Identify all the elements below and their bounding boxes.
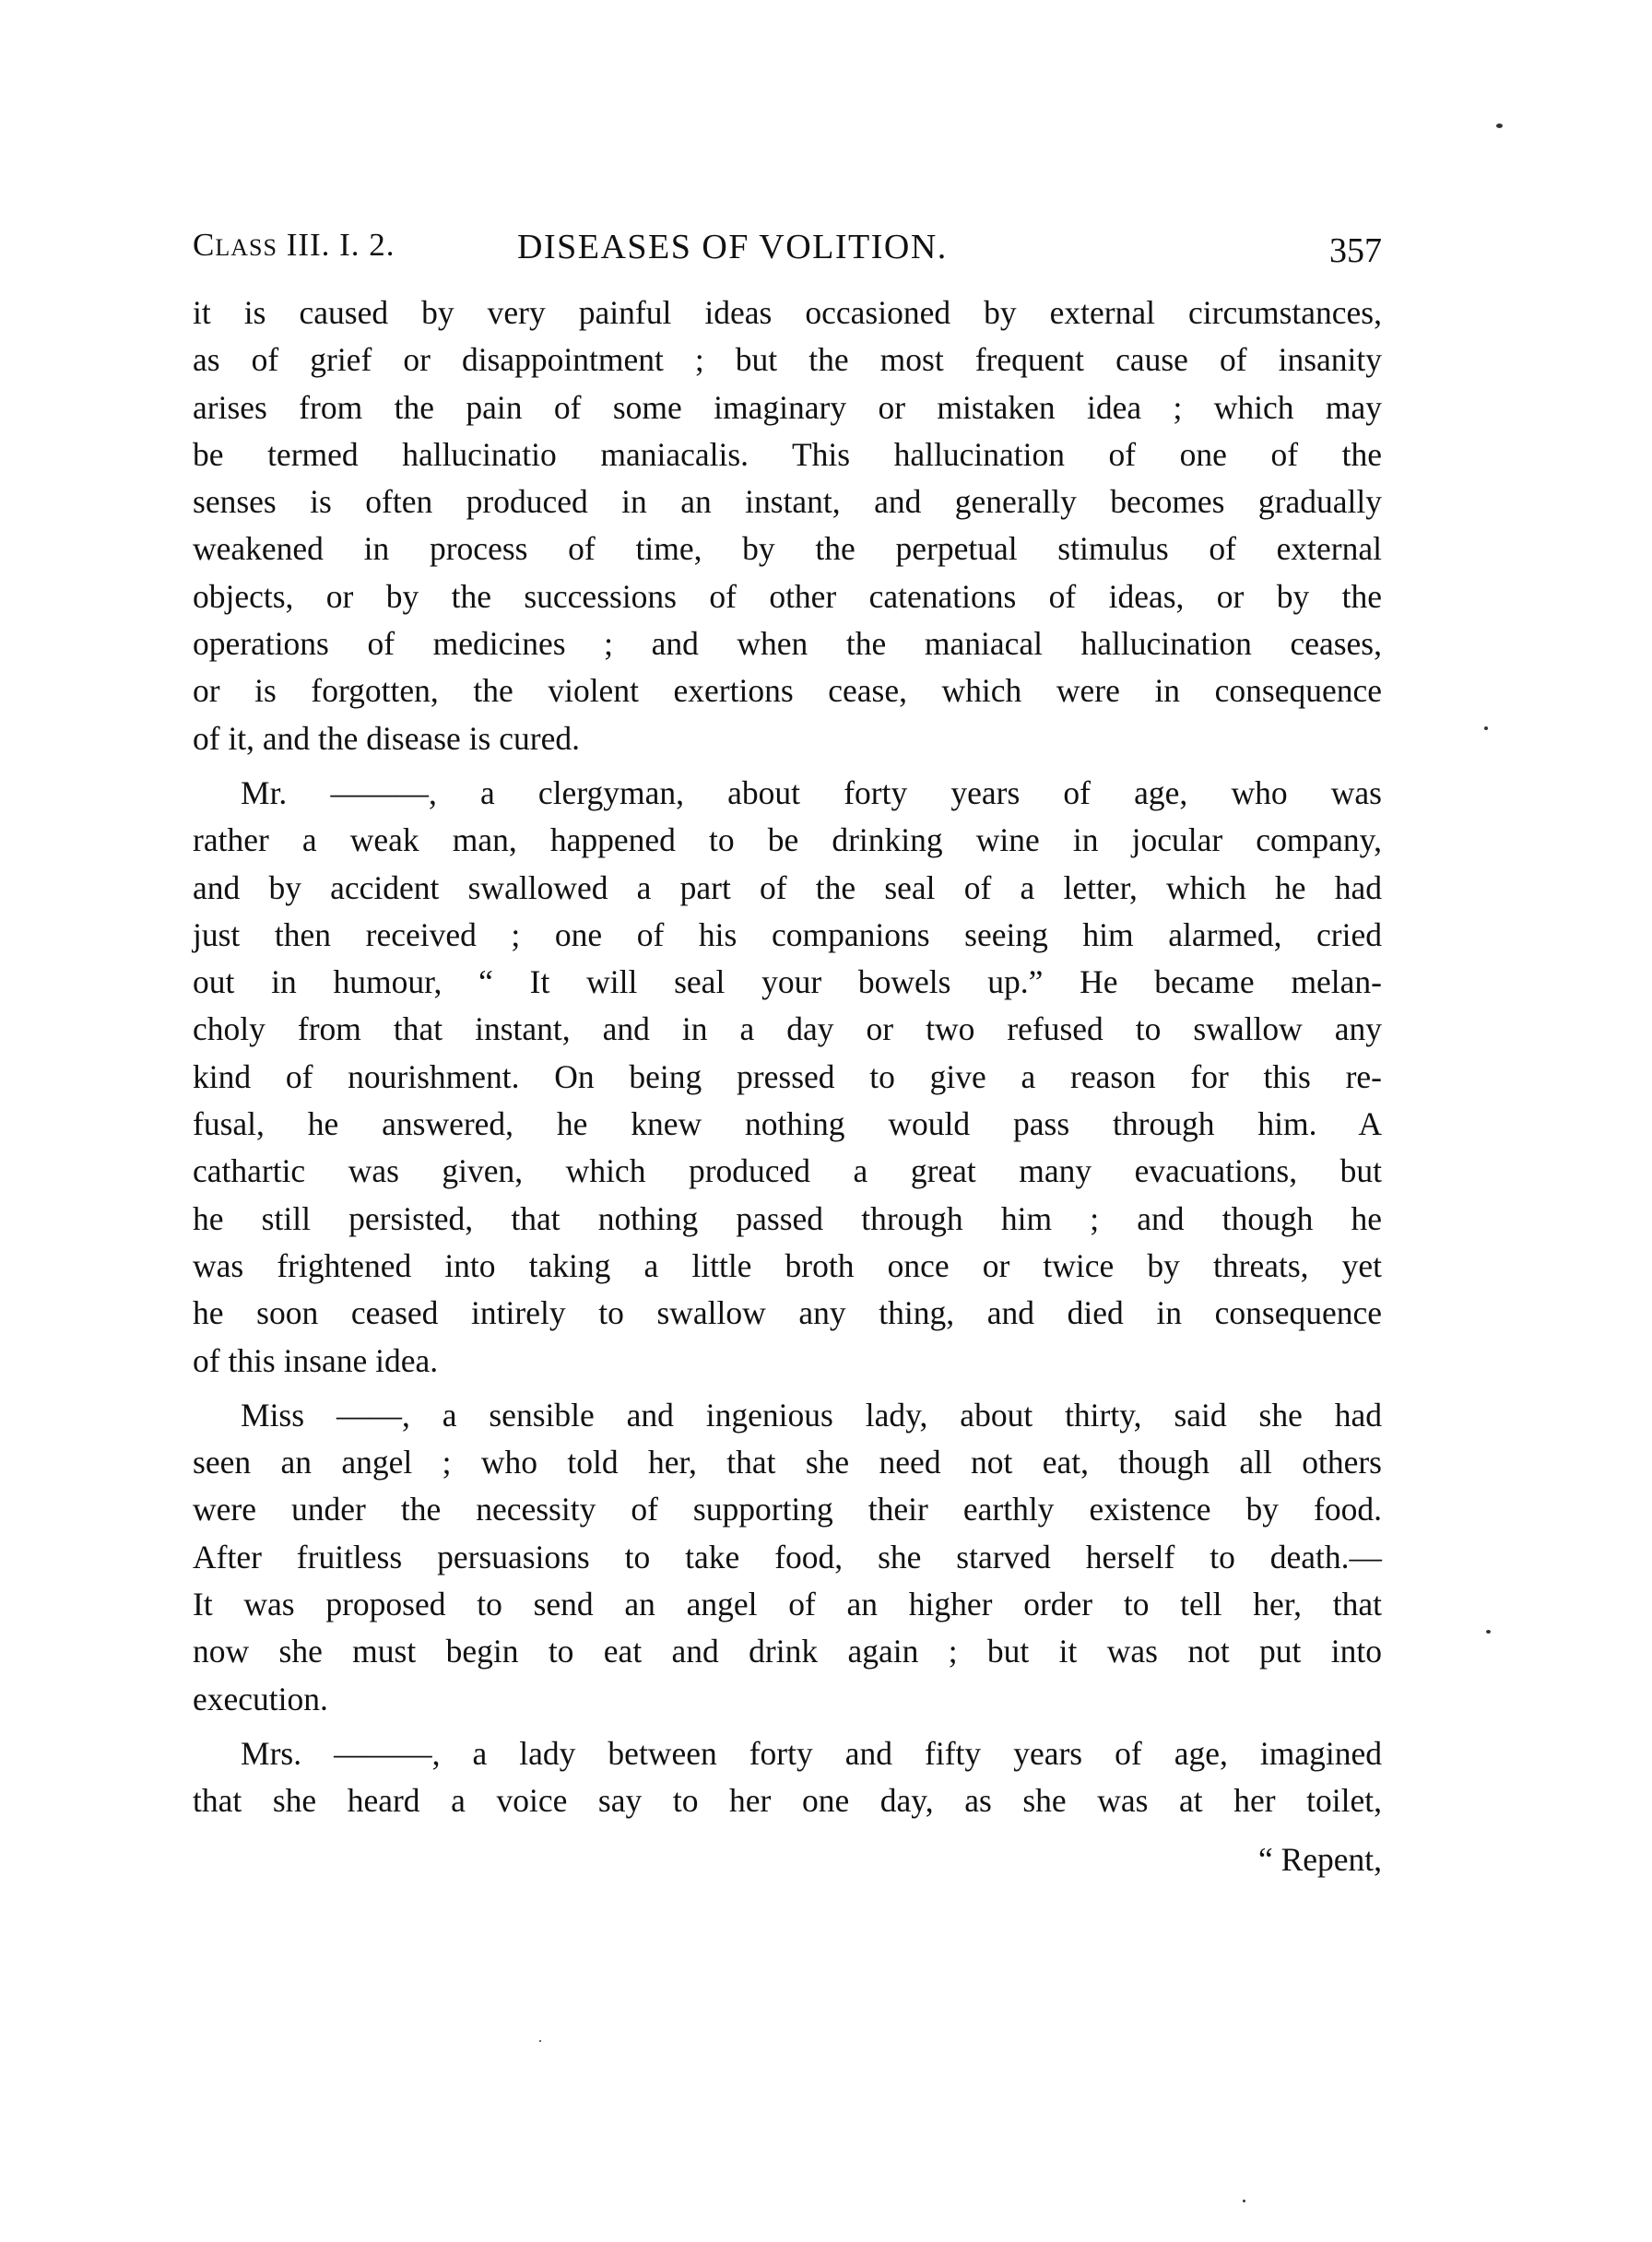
text-line: be termed hallucinatio maniacalis. This … bbox=[193, 431, 1382, 478]
text-line: now she must begin to eat and drink agai… bbox=[193, 1628, 1382, 1675]
text-line: was frightened into taking a little brot… bbox=[193, 1243, 1382, 1290]
text-line: it is caused by very painful ideas occas… bbox=[193, 289, 1382, 336]
page-number: 357 bbox=[1329, 230, 1382, 271]
class-label-smallcaps: LASS bbox=[215, 234, 277, 261]
text-line: Miss ——, a sensible and ingenious lady, … bbox=[193, 1392, 1382, 1439]
text-line: of this insane idea. bbox=[193, 1338, 1382, 1385]
scan-speck bbox=[1243, 2200, 1245, 2202]
text-line: he soon ceased intirely to swallow any t… bbox=[193, 1290, 1382, 1337]
text-line: Mr. ———, a clergyman, about forty years … bbox=[193, 770, 1382, 817]
text-line: Mrs. ———, a lady between forty and fifty… bbox=[193, 1730, 1382, 1777]
class-label-initial: C bbox=[193, 227, 215, 263]
text-line: operations of medicines ; and when the m… bbox=[193, 620, 1382, 667]
paragraph-gap bbox=[193, 1723, 1382, 1730]
text-line: senses is often produced in an instant, … bbox=[193, 478, 1382, 525]
running-header: CLASS III. I. 2. DISEASES OF VOLITION. 3… bbox=[193, 227, 1382, 291]
paragraph-mrs-voice-case: Mrs. ———, a lady between forty and fifty… bbox=[193, 1730, 1382, 1825]
class-section-label: CLASS III. I. 2. bbox=[193, 227, 395, 264]
text-line: arises from the pain of some imaginary o… bbox=[193, 384, 1382, 431]
scan-speck bbox=[1484, 726, 1488, 730]
book-page: CLASS III. I. 2. DISEASES OF VOLITION. 3… bbox=[0, 0, 1652, 2242]
text-line: objects, or by the successions of other … bbox=[193, 573, 1382, 620]
scan-speck bbox=[1486, 1630, 1491, 1634]
text-line: that she heard a voice say to her one da… bbox=[193, 1777, 1382, 1824]
text-line: cathartic was given, which produced a gr… bbox=[193, 1148, 1382, 1195]
catchword: “ Repent, bbox=[1258, 1840, 1382, 1879]
text-line: After fruitless persuasions to take food… bbox=[193, 1534, 1382, 1581]
text-line: rather a weak man, happened to be drinki… bbox=[193, 817, 1382, 864]
paragraph-gap bbox=[193, 1385, 1382, 1392]
class-label-number: III. I. 2. bbox=[277, 227, 395, 263]
text-line: It was proposed to send an angel of an h… bbox=[193, 1581, 1382, 1628]
text-line: were under the necessity of supporting t… bbox=[193, 1486, 1382, 1533]
scan-speck bbox=[1496, 124, 1503, 128]
text-line: just then received ; one of his companio… bbox=[193, 912, 1382, 959]
paragraph-miss-angel-case: Miss ——, a sensible and ingenious lady, … bbox=[193, 1392, 1382, 1723]
text-line: choly from that instant, and in a day or… bbox=[193, 1006, 1382, 1053]
scan-speck bbox=[539, 2040, 541, 2042]
paragraph-causes-of-insanity: it is caused by very painful ideas occas… bbox=[193, 289, 1382, 762]
text-line: or is forgotten, the violent exertions c… bbox=[193, 667, 1382, 714]
text-line: weakened in process of time, by the perp… bbox=[193, 525, 1382, 572]
text-line: out in humour, “ It will seal your bowel… bbox=[193, 959, 1382, 1006]
text-line: kind of nourishment. On being pressed to… bbox=[193, 1054, 1382, 1101]
paragraph-clergyman-case: Mr. ———, a clergyman, about forty years … bbox=[193, 770, 1382, 1385]
paragraph-gap bbox=[193, 762, 1382, 770]
text-line: seen an angel ; who told her, that she n… bbox=[193, 1439, 1382, 1486]
text-line: execution. bbox=[193, 1676, 1382, 1723]
running-title: DISEASES OF VOLITION. bbox=[517, 227, 948, 267]
body-text: it is caused by very painful ideas occas… bbox=[193, 289, 1382, 1825]
text-line: fusal, he answered, he knew nothing woul… bbox=[193, 1101, 1382, 1148]
text-line: of it, and the disease is cured. bbox=[193, 715, 1382, 762]
text-line: as of grief or disappointment ; but the … bbox=[193, 336, 1382, 383]
text-line: and by accident swallowed a part of the … bbox=[193, 865, 1382, 912]
text-line: he still persisted, that nothing passed … bbox=[193, 1196, 1382, 1243]
